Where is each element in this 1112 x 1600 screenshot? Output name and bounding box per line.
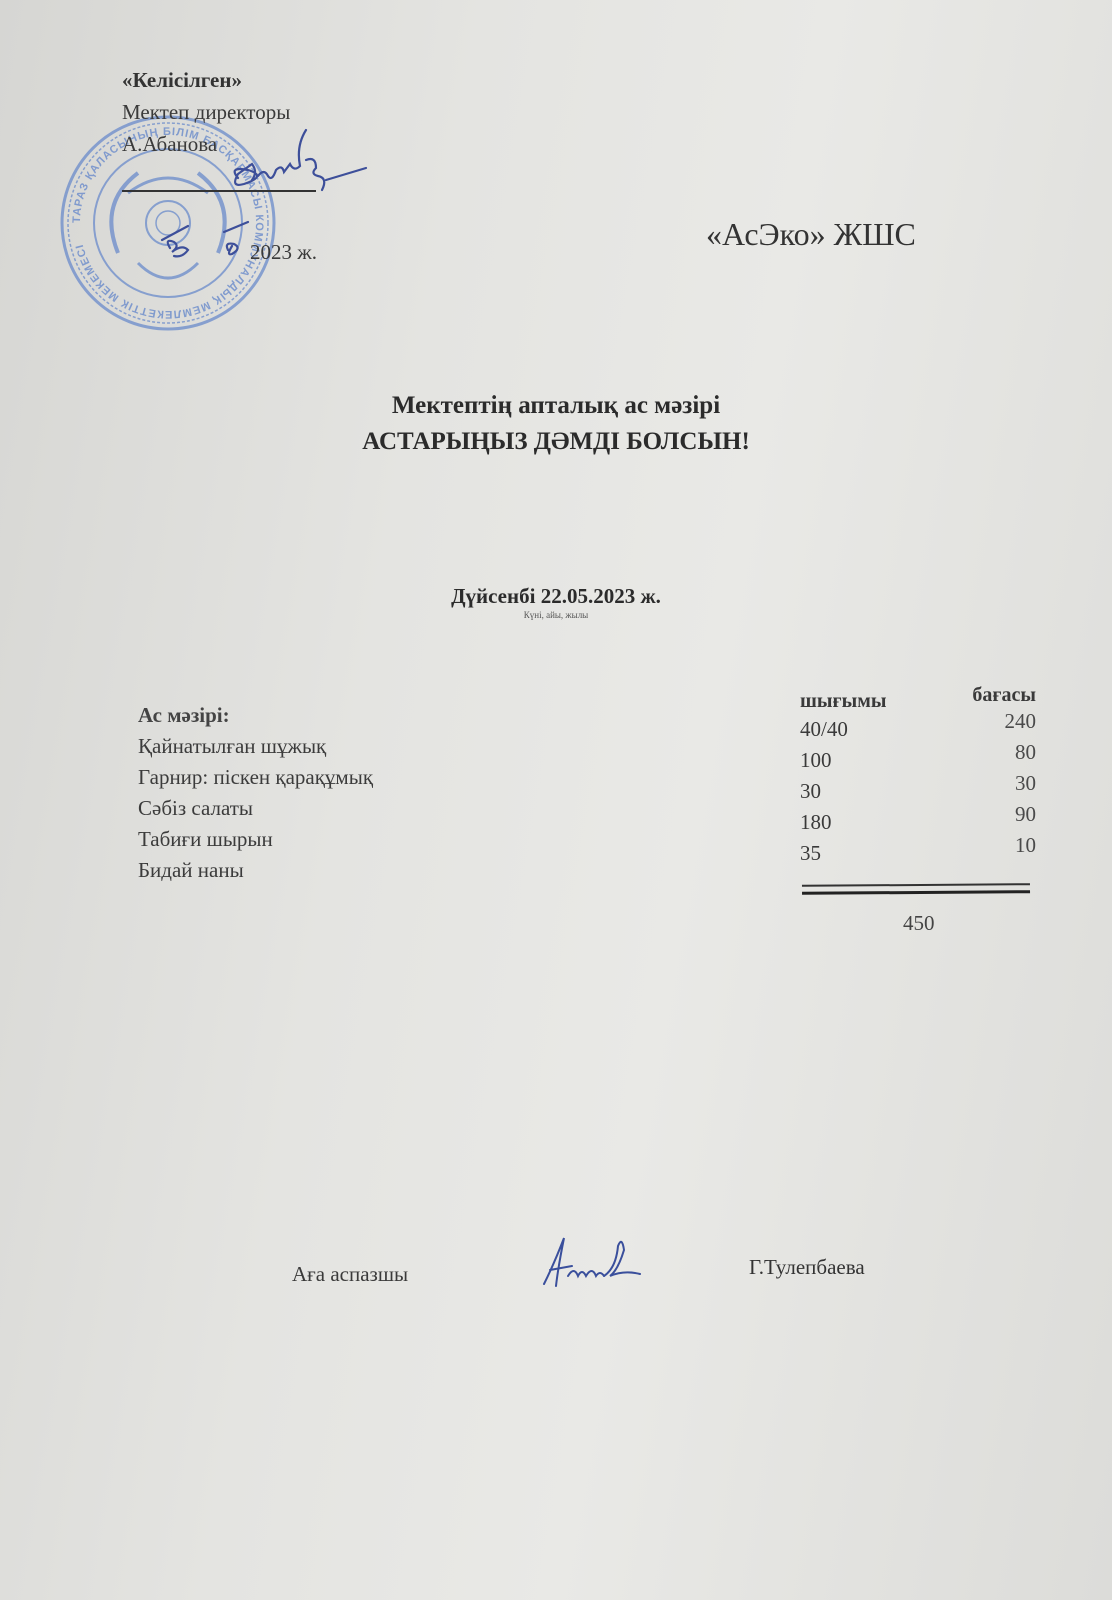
menu-item: Гарнир: піскен қарақұмық [138, 762, 373, 793]
menu-header: Ас мәзірі: [138, 700, 373, 731]
menu-values: шығымы бағасы 40/40 240 100 80 30 30 180… [800, 684, 1036, 869]
menu-item: Қайнатылған шұжық [138, 731, 373, 762]
day-caption: Күні, айы, жылы [0, 610, 1112, 620]
menu-item: Бидай наны [138, 855, 373, 886]
yield-header: шығымы [800, 690, 886, 714]
yield-value: 100 [800, 745, 832, 776]
total-divider [802, 883, 1030, 895]
yield-value: 40/40 [800, 714, 848, 745]
approval-title: «Келісілген» [122, 64, 290, 96]
price-value: 10 [976, 830, 1036, 869]
menu-item: Табиғи шырын [138, 824, 373, 855]
menu-list: Ас мәзірі: Қайнатылған шұжық Гарнир: піс… [138, 700, 373, 886]
menu-item: Сәбіз салаты [138, 793, 373, 824]
menu-heading: Мектептің апталық ас мәзірі АСТАРЫҢЫЗ ДӘ… [0, 388, 1112, 460]
heading-greeting: АСТАРЫҢЫЗ ДӘМДІ БОЛСЫН! [0, 424, 1112, 460]
chef-name: Г.Тулепбаева [749, 1255, 865, 1280]
yield-value: 35 [800, 838, 821, 869]
director-signature-icon [140, 120, 380, 280]
chef-role: Аға аспазшы [292, 1262, 408, 1287]
day-date: Дүйсенбі 22.05.2023 ж. [0, 584, 1112, 609]
chef-signature-icon [540, 1232, 655, 1292]
heading-title: Мектептің апталық ас мәзірі [0, 388, 1112, 424]
yield-value: 180 [800, 807, 832, 838]
day-block: Дүйсенбі 22.05.2023 ж. Күні, айы, жылы [0, 584, 1112, 620]
yield-value: 30 [800, 776, 821, 807]
value-row: 35 10 [800, 838, 1036, 869]
total-price: 450 [903, 911, 935, 936]
company-name: «АсЭко» ЖШС [706, 216, 916, 253]
